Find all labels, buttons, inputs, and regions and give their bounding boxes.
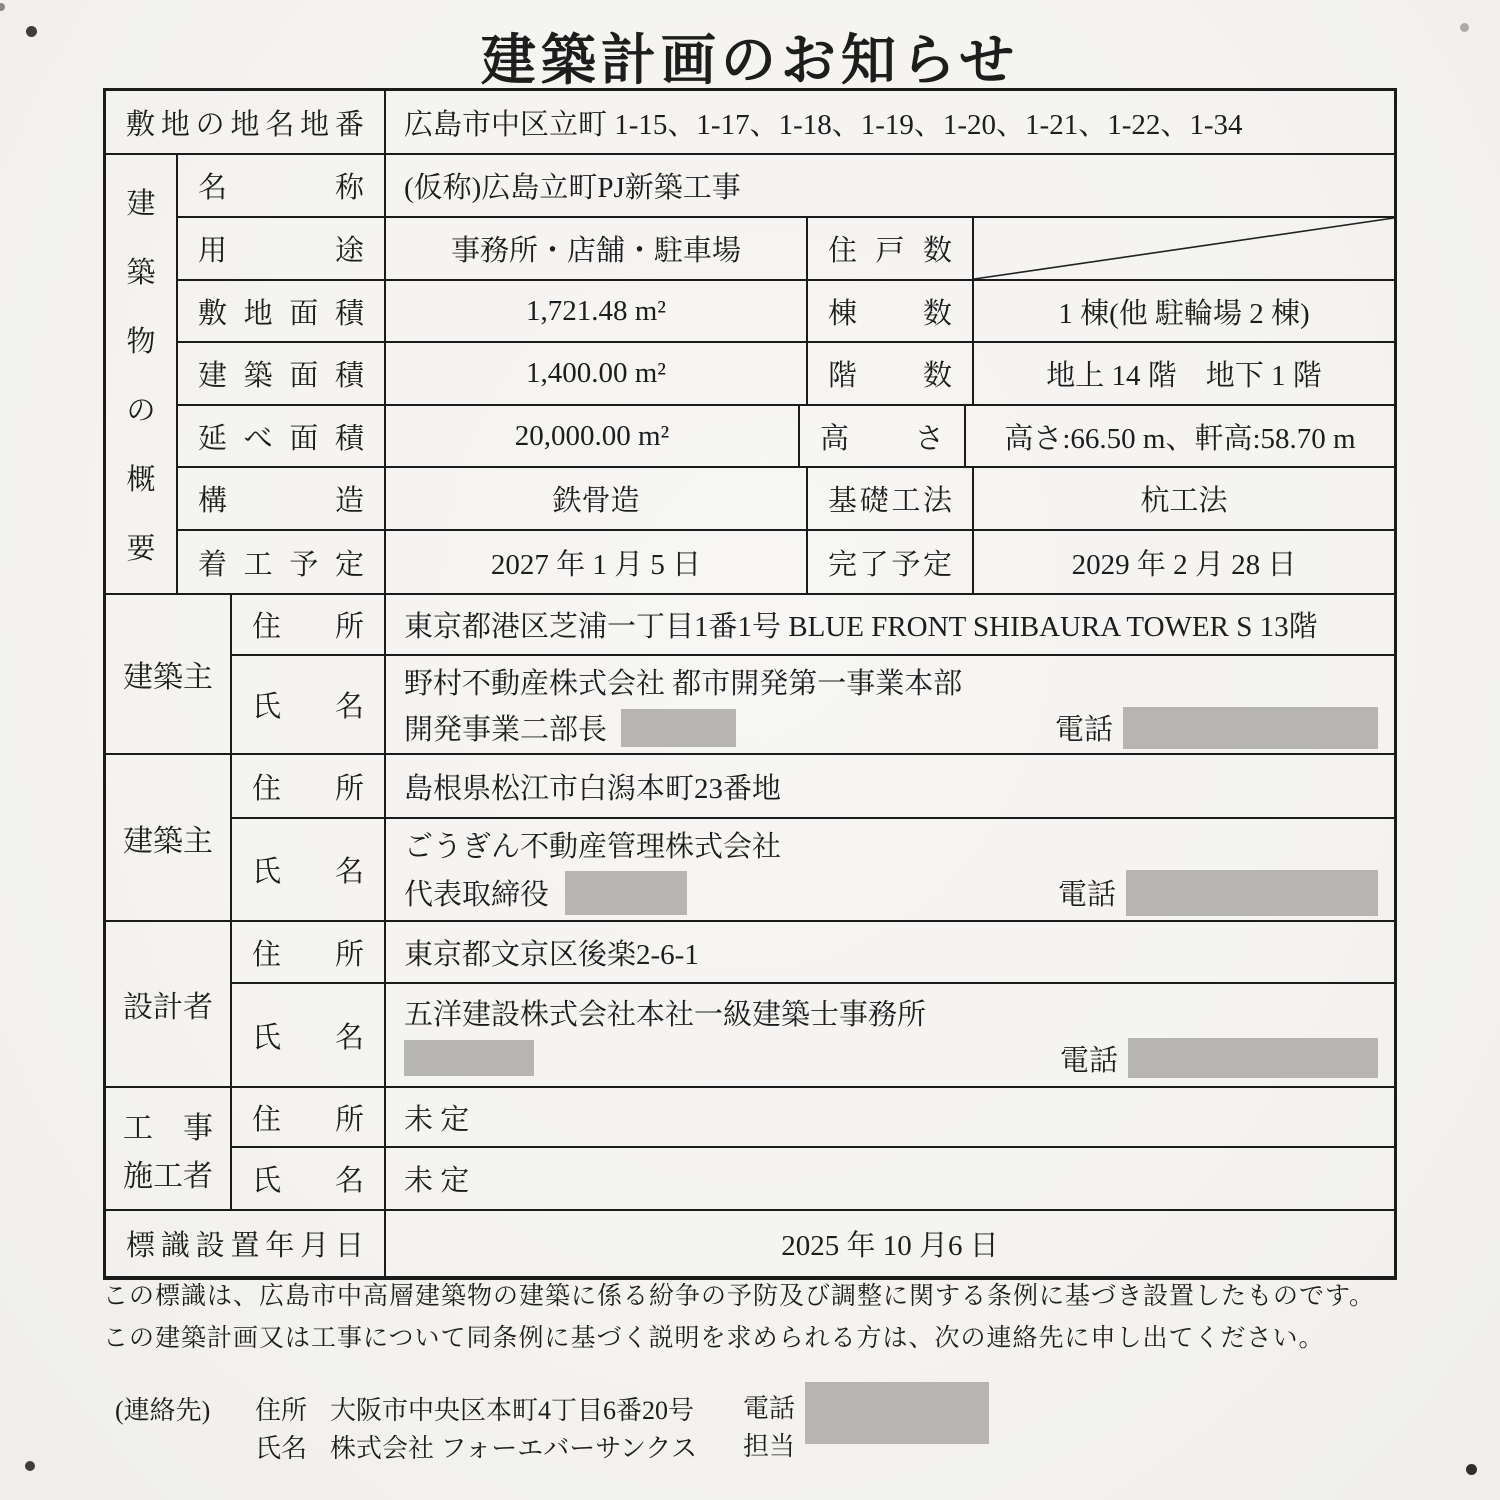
name-label: 氏名: [232, 819, 386, 920]
overview-row-building-area: 建築面積 1,400.00 m² 階数 地上 14 階 地下 1 階: [178, 343, 1394, 406]
date-label: 標識設置年月日: [106, 1211, 386, 1276]
site-address-row: 敷地の地名地番 広島市中区立町 1-15、1-17、1-18、1-19、1-20…: [106, 91, 1394, 155]
notice-table: 敷地の地名地番 広島市中区立町 1-15、1-17、1-18、1-19、1-20…: [103, 88, 1397, 1280]
row-label2: 高さ: [800, 406, 966, 466]
name-line1: ごうぎん不動産管理株式会社: [404, 824, 1394, 865]
row-label: 用途: [178, 218, 386, 279]
row-value: 1,400.00 m²: [386, 343, 808, 404]
address-label: 住所: [232, 922, 386, 982]
name-row: 氏名 ごうぎん不動産管理株式会社 代表取締役 電話: [232, 819, 1394, 920]
address-value: 未 定: [386, 1088, 1394, 1146]
overview-group-label: 建築物の概要: [106, 155, 176, 593]
name-label: 氏名: [232, 1148, 386, 1209]
row-label: 建築面積: [178, 343, 386, 404]
name-label: 氏名: [232, 984, 386, 1086]
owner-section-1: 建築主 住所 東京都港区芝浦一丁目1番1号 BLUE FRONT SHIBAUR…: [106, 595, 1394, 755]
contact-address-label: 住所: [255, 1390, 307, 1427]
contact-phone-label: 電話: [743, 1388, 795, 1425]
redacted-phone-number: [1123, 707, 1378, 749]
row-value2: 2029 年 2 月 28 日: [974, 531, 1394, 593]
name-line2: 開発事業二部長: [404, 707, 607, 748]
contact-block: (連絡先) 住所 大阪市中央区本町4丁目6番20号 氏名 株式会社 フォーエバー…: [115, 1390, 1115, 1470]
row-value: (仮称)広島立町PJ新築工事: [386, 155, 1394, 216]
phone-label: 電話: [1060, 1038, 1118, 1079]
row-label2: 基礎工法: [808, 468, 974, 529]
footnote-line1: この標識は、広島市中高層建築物の建築に係る紛争の予防及び調整に関する条例に基づき…: [103, 1276, 1413, 1318]
footnote-line2: この建築計画又は工事について同条例に基づく説明を求められる方は、次の連絡先に申し…: [103, 1318, 1413, 1360]
name-value-cell: ごうぎん不動産管理株式会社 代表取締役 電話: [386, 819, 1394, 920]
owner-section-2: 建築主 住所 島根県松江市白潟本町23番地 氏名 ごうぎん不動産管理株式会社 代…: [106, 755, 1394, 922]
name-line2: 代表取締役: [404, 872, 549, 913]
section-group-line1: 工事: [123, 1103, 213, 1147]
site-address-value: 広島市中区立町 1-15、1-17、1-18、1-19、1-20、1-21、1-…: [386, 91, 1394, 153]
row-value2: 1 棟(他 駐輪場 2 棟): [974, 281, 1394, 341]
row-value: 2027 年 1 月 5 日: [386, 531, 808, 593]
name-line1: 五洋建設株式会社本社一級建築士事務所: [404, 992, 1394, 1033]
contact-name-label: 氏名: [255, 1428, 307, 1465]
redacted-contact-phone: [805, 1382, 989, 1444]
phone-label: 電話: [1058, 872, 1116, 913]
designer-section: 設計者 住所 東京都文京区後楽2-6-1 氏名 五洋建設株式会社本社一級建築士事…: [106, 922, 1394, 1088]
contact-name-value: 株式会社 フォーエバーサンクス: [330, 1428, 697, 1465]
overview-row-structure: 構造 鉄骨造 基礎工法 杭工法: [178, 468, 1394, 531]
section-group-label: 建築主: [106, 755, 232, 920]
name-row: 氏名 五洋建設株式会社本社一級建築士事務所 電話: [232, 984, 1394, 1086]
mount-dot-top-edge: [0, 3, 5, 11]
address-label: 住所: [232, 1088, 386, 1146]
redacted-phone-number: [1128, 1038, 1378, 1078]
row-label: 敷地面積: [178, 281, 386, 341]
row-value: 20,000.00 m²: [386, 406, 800, 466]
row-value: 1,721.48 m²: [386, 281, 808, 341]
row-label: 構造: [178, 468, 386, 529]
section-group-label: 設計者: [106, 922, 232, 1086]
date-value: 2025 年 10 月6 日: [386, 1211, 1394, 1276]
redacted-person-name: [621, 709, 736, 747]
row-label2: 住戸数: [808, 218, 974, 279]
row-value2: 地上 14 階 地下 1 階: [974, 343, 1394, 404]
overview-row-start-date: 着工予定 2027 年 1 月 5 日 完了予定 2029 年 2 月 28 日: [178, 531, 1394, 593]
row-value2: 高さ:66.50 m、軒高:58.70 m: [966, 406, 1394, 466]
address-value: 島根県松江市白潟本町23番地: [386, 755, 1394, 817]
row-label2: 棟数: [808, 281, 974, 341]
name-row: 氏名 野村不動産株式会社 都市開発第一事業本部 開発事業二部長 電話: [232, 656, 1394, 753]
name-line1: 野村不動産株式会社 都市開発第一事業本部: [404, 661, 1394, 702]
phone-label: 電話: [1055, 707, 1113, 748]
name-value-cell: 野村不動産株式会社 都市開発第一事業本部 開発事業二部長 電話: [386, 656, 1394, 753]
address-value: 東京都港区芝浦一丁目1番1号 BLUE FRONT SHIBAURA TOWER…: [386, 595, 1394, 654]
section-group-label: 建築主: [106, 595, 232, 753]
name-label: 氏名: [232, 656, 386, 753]
name-row: 氏名 未 定: [232, 1148, 1394, 1209]
overview-row-site-area: 敷地面積 1,721.48 m² 棟数 1 棟(他 駐輪場 2 棟): [178, 281, 1394, 343]
contact-address-value: 大阪市中央区本町4丁目6番20号: [330, 1390, 694, 1427]
contractor-section: 工事 施工者 住所 未 定 氏名 未 定: [106, 1088, 1394, 1211]
row-label: 着工予定: [178, 531, 386, 593]
mount-dot-bottom-right: [1466, 1464, 1477, 1475]
overview-row-total-area: 延べ面積 20,000.00 m² 高さ 高さ:66.50 m、軒高:58.70…: [178, 406, 1394, 468]
section-group-label-cell: 工事 施工者: [106, 1088, 232, 1209]
redacted-person-name: [565, 871, 687, 915]
mount-dot-bottom-left: [25, 1461, 35, 1471]
row-value: 事務所・店舗・駐車場: [386, 218, 808, 279]
page-title: 建築計画のお知らせ: [0, 16, 1500, 95]
address-label: 住所: [232, 755, 386, 817]
construction-notice-sign: { "title": "建築計画のお知らせ", "colors": { "pap…: [0, 0, 1500, 1500]
overview-row-name: 名称 (仮称)広島立町PJ新築工事: [178, 155, 1394, 218]
legal-footnote: この標識は、広島市中高層建築物の建築に係る紛争の予防及び調整に関する条例に基づき…: [103, 1276, 1413, 1360]
name-value-cell: 五洋建設株式会社本社一級建築士事務所 電話: [386, 984, 1394, 1086]
row-value: 鉄骨造: [386, 468, 808, 529]
redacted-person-name: [404, 1040, 534, 1076]
sign-installation-date-row: 標識設置年月日 2025 年 10 月6 日: [106, 1211, 1394, 1276]
empty-diagonal-cell: [974, 218, 1394, 279]
address-value: 東京都文京区後楽2-6-1: [386, 922, 1394, 982]
row-label: 名称: [178, 155, 386, 216]
address-row: 住所 島根県松江市白潟本町23番地: [232, 755, 1394, 819]
address-row: 住所 東京都文京区後楽2-6-1: [232, 922, 1394, 984]
address-label: 住所: [232, 595, 386, 654]
row-label2: 階数: [808, 343, 974, 404]
row-value2: 杭工法: [974, 468, 1394, 529]
section-group-line2: 施工者: [123, 1151, 213, 1195]
name-value: 未 定: [386, 1148, 1394, 1209]
address-row: 住所 未 定: [232, 1088, 1394, 1148]
row-label: 延べ面積: [178, 406, 386, 466]
building-overview-section: 建築物の概要 名称 (仮称)広島立町PJ新築工事 用途 事務所・店舗・駐車場 住…: [106, 155, 1394, 595]
contact-prefix: (連絡先): [115, 1390, 210, 1427]
redacted-phone-number: [1126, 870, 1378, 916]
site-address-label: 敷地の地名地番: [106, 91, 386, 153]
row-label2: 完了予定: [808, 531, 974, 593]
overview-group-cell: 建築物の概要: [106, 155, 178, 593]
diagonal-line-icon: [974, 218, 1394, 279]
overview-row-use: 用途 事務所・店舗・駐車場 住戸数: [178, 218, 1394, 281]
address-row: 住所 東京都港区芝浦一丁目1番1号 BLUE FRONT SHIBAURA TO…: [232, 595, 1394, 656]
contact-staff-label: 担当: [743, 1426, 795, 1463]
